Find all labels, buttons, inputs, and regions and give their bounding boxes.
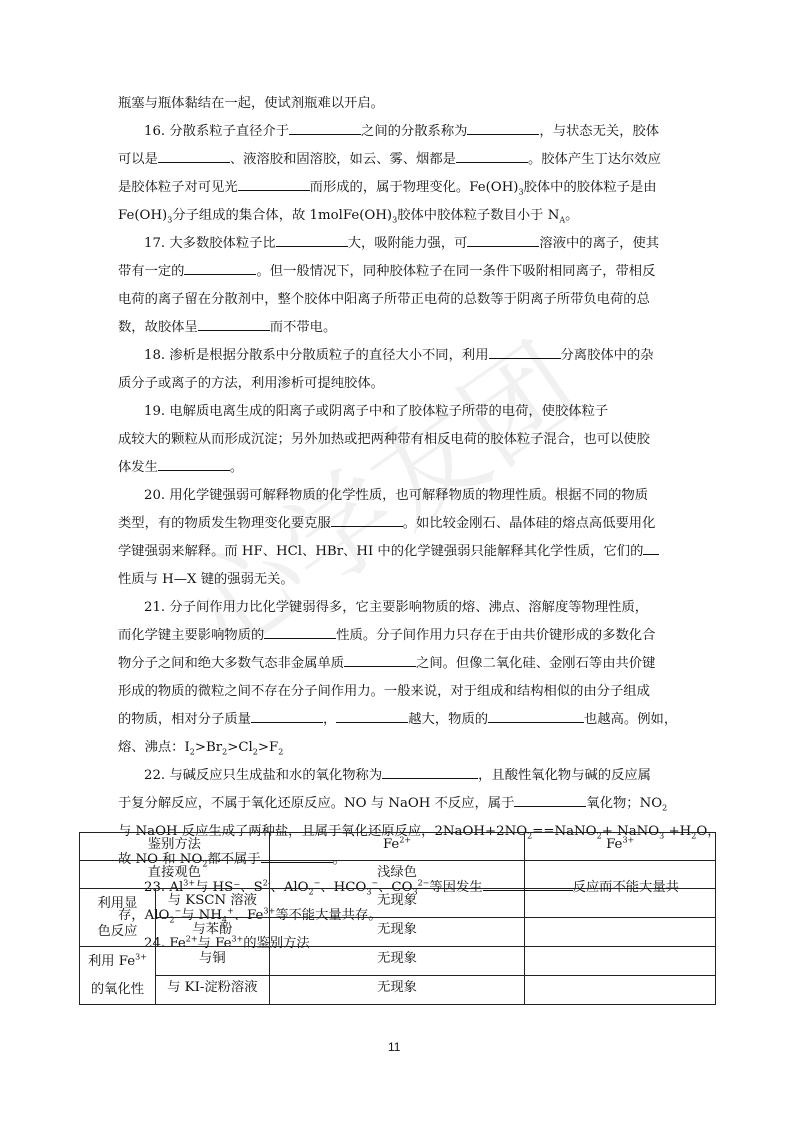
- table-row: 直接观色 浅绿色: [80, 861, 716, 889]
- table-row: 利用显色反应 与 KSCN 溶液 无现象: [80, 889, 716, 918]
- q21-line-3: 物分子之间和绝大多数气态非金属单质之间。但像二氧化硅、金刚石等由共价键: [118, 650, 655, 678]
- cell-method: 与苯酚: [155, 918, 269, 947]
- text: 胶体中胶体粒子数目小于 N: [397, 208, 559, 223]
- q17-line-2: 带有一定的。但一般情况下，同种胶体粒子在同一条件下吸附相同离子，带相反: [118, 258, 655, 286]
- q19-line-2: 成较大的颗粒从而形成沉淀；另外加热或把两种带有相反电荷的胶体粒子混合，也可以使胶: [118, 426, 650, 454]
- text: 17. 大多数胶体粒子比: [144, 236, 276, 251]
- cell-fe3: [525, 918, 716, 947]
- fe-identification-table: 鉴别方法 Fe2+ Fe3+ 直接观色 浅绿色 利用显色反应 与 KSCN 溶液…: [79, 832, 716, 1005]
- answer-blank: [382, 764, 478, 779]
- q21-line-6: 熔、沸点：I2>Br2>Cl2>F2: [118, 734, 283, 762]
- text: 之间的分散系称为: [361, 124, 467, 139]
- text: ，且酸性氧化物与碱的反应属: [478, 768, 651, 783]
- cell-fe2: 浅绿色: [269, 861, 525, 889]
- answer-blank: [289, 120, 361, 135]
- page-number: 11: [388, 1040, 400, 1054]
- text: 。如比较金刚石、晶体硅的熔点高低要用化: [403, 516, 656, 531]
- answer-blank: [336, 708, 408, 723]
- text: 18. 渗析是根据分散系中分散质粒子的直径大小不同，利用: [144, 348, 489, 363]
- text: 是胶体粒子对可见光: [118, 180, 238, 195]
- text: 于复分解反应，不属于氧化还原反应。NO 与 NaOH 不反应，属于: [118, 796, 514, 811]
- q17-line-3: 电荷的离子留在分散剂中，整个胶体中阳离子所带正电荷的总数等于阴离子所带负电荷的总: [118, 286, 650, 314]
- table-row: 与苯酚 无现象: [80, 918, 716, 947]
- cell-fe2: 无现象: [269, 947, 525, 976]
- text: 而不带电。: [270, 320, 336, 335]
- q21-line-4: 形成的物质的微粒之间不存在分子间作用力。一般来说，对于组成和结构相似的由分子组成: [118, 678, 650, 706]
- q20-line-4: 性质与 H—X 键的强弱无关。: [118, 566, 294, 594]
- text: >F: [258, 740, 278, 755]
- text: 大，吸附能力强，可: [348, 236, 468, 251]
- answer-blank: [158, 456, 230, 471]
- answer-blank: [467, 232, 539, 247]
- cell-method: 与 KI-淀粉溶液: [155, 976, 269, 1005]
- text: 数，故胶体呈: [118, 320, 198, 335]
- answer-blank: [456, 148, 528, 163]
- header-fe2: Fe2+: [269, 833, 525, 861]
- text: 而形成的，属于物理变化。Fe(OH): [310, 180, 519, 195]
- q20-line-3: 学键强弱来解释。而 HF、HCl、HBr、HI 中的化学键强弱只能解释其化学性质…: [118, 538, 659, 566]
- text: 胶体中的胶体粒子是由: [524, 180, 657, 195]
- q22-line-2: 于复分解反应，不属于氧化还原反应。NO 与 NaOH 不反应，属于氧化物；NO2: [118, 790, 667, 818]
- text: 也越高。例如，: [584, 712, 677, 727]
- table-row: 利用 Fe3+的氧化性 与铜 无现象: [80, 947, 716, 976]
- cell-fe3: [525, 947, 716, 976]
- subscript: 2: [662, 804, 667, 813]
- q22-line-1: 22. 与碱反应只生成盐和水的氧化物称为，且酸性氧化物与碱的反应属: [118, 762, 651, 790]
- answer-blank: [331, 512, 403, 527]
- answer-blank: [643, 540, 659, 555]
- table-row: 与 KI-淀粉溶液 无现象: [80, 976, 716, 1005]
- text: 。胶体产生丁达尔效应: [528, 152, 661, 167]
- text: ，与状态无关，胶体: [539, 124, 659, 139]
- q16-line-1: 16. 分散系粒子直径介于之间的分散系称为，与状态无关，胶体: [118, 118, 659, 146]
- text: 可以是: [118, 152, 158, 167]
- text: 分离胶体中的杂: [561, 348, 654, 363]
- text: 体发生: [118, 460, 158, 475]
- text: >Br: [195, 740, 222, 755]
- q16-line-4: Fe(OH)3分子组成的集合体，故 1molFe(OH)3胶体中胶体粒子数目小于…: [118, 202, 578, 230]
- header-method: 鉴别方法: [80, 833, 270, 861]
- answer-blank: [251, 708, 323, 723]
- q20-line-2: 类型，有的物质发生物理变化要克服。如比较金刚石、晶体硅的熔点高低要用化: [118, 510, 655, 538]
- cell-method: 与铜: [155, 947, 269, 976]
- cell-fe3: [525, 976, 716, 1005]
- table-header-row: 鉴别方法 Fe2+ Fe3+: [80, 833, 716, 861]
- text: >Cl: [227, 740, 253, 755]
- answer-blank: [514, 792, 586, 807]
- cell-method: 与 KSCN 溶液: [155, 889, 269, 918]
- text: 。: [230, 460, 243, 475]
- cell-group-oxidizing: 利用 Fe3+的氧化性: [80, 947, 156, 1005]
- text: 分子组成的集合体，故 1molFe(OH): [172, 208, 392, 223]
- answer-blank: [489, 344, 561, 359]
- q18-line-1: 18. 渗析是根据分散系中分散质粒子的直径大小不同，利用分离胶体中的杂: [118, 342, 654, 370]
- text: 类型，有的物质发生物理变化要克服: [118, 516, 331, 531]
- text: 学键强弱来解释。而 HF、HCl、HBr、HI 中的化学键强弱只能解释其化学性质…: [118, 544, 643, 559]
- q16-line-3: 是胶体粒子对可见光而形成的，属于物理变化。Fe(OH)3胶体中的胶体粒子是由: [118, 174, 657, 202]
- continuation-line: 瓶塞与瓶体黏结在一起，使试剂瓶难以开启。: [118, 90, 384, 118]
- q21-line-5: 的物质，相对分子质量，越大，物质的也越高。例如，: [118, 706, 677, 734]
- q19-line-3: 体发生。: [118, 454, 243, 482]
- document-page: 心学友团 瓶塞与瓶体黏结在一起，使试剂瓶难以开启。 16. 分散系粒子直径介于之…: [0, 0, 793, 1122]
- answer-blank: [184, 260, 256, 275]
- cell-method: 直接观色: [80, 861, 270, 889]
- text: 氧化物；NO: [586, 796, 662, 811]
- q20-line-1: 20. 用化学键强弱可解释物质的化学性质，也可解释物质的物理性质。根据不同的物质: [118, 482, 648, 510]
- text: 而化学键主要影响物质的: [118, 628, 264, 643]
- text: 性质。分子间作用力只存在于由共价键形成的多数化合: [336, 628, 655, 643]
- q21-line-1: 21. 分子间作用力比化学键弱得多，它主要影响物质的熔、沸点、溶解度等物理性质，: [118, 594, 648, 622]
- cell-fe2: 无现象: [269, 889, 525, 918]
- text: 熔、沸点：I: [118, 740, 190, 755]
- answer-blank: [158, 148, 230, 163]
- q17-line-4: 数，故胶体呈而不带电。: [118, 314, 336, 342]
- text: 的物质，相对分子质量: [118, 712, 251, 727]
- cell-fe3: [525, 861, 716, 889]
- text: 、液溶胶和固溶胶，如云、雾、烟都是: [230, 152, 456, 167]
- answer-blank: [238, 176, 310, 191]
- text: 溶液中的离子，使其: [539, 236, 659, 251]
- text: 越大，物质的: [408, 712, 488, 727]
- cell-fe3: [525, 889, 716, 918]
- subscript: 2: [278, 748, 283, 757]
- answer-blank: [198, 316, 270, 331]
- q18-line-2: 质分子或离子的方法，利用渗析可提纯胶体。: [118, 370, 384, 398]
- text: ，: [323, 712, 336, 727]
- q19-line-1: 19. 电解质电离生成的阳离子或阴离子中和了胶体粒子所带的电荷，使胶体粒子: [118, 398, 608, 426]
- text: Fe(OH): [118, 208, 167, 223]
- answer-blank: [344, 652, 416, 667]
- text: 带有一定的: [118, 264, 184, 279]
- text: 之间。但像二氧化硅、金刚石等由共价键: [416, 656, 655, 671]
- answer-blank: [488, 708, 584, 723]
- text: 16. 分散系粒子直径介于: [144, 124, 289, 139]
- cell-fe2: 无现象: [269, 918, 525, 947]
- text: 物分子之间和绝大多数气态非金属单质: [118, 656, 344, 671]
- header-fe3: Fe3+: [525, 833, 716, 861]
- answer-blank: [264, 624, 336, 639]
- cell-group-color-reaction: 利用显色反应: [80, 889, 156, 947]
- answer-blank: [276, 232, 348, 247]
- q16-line-2: 可以是、液溶胶和固溶胶，如云、雾、烟都是。胶体产生丁达尔效应: [118, 146, 661, 174]
- text: 。但一般情况下，同种胶体粒子在同一条件下吸附相同离子，带相反: [256, 264, 655, 279]
- q21-line-2: 而化学键主要影响物质的性质。分子间作用力只存在于由共价键形成的多数化合: [118, 622, 655, 650]
- answer-blank: [467, 120, 539, 135]
- q17-line-1: 17. 大多数胶体粒子比大，吸附能力强，可溶液中的离子，使其: [118, 230, 659, 258]
- text: 22. 与碱反应只生成盐和水的氧化物称为: [144, 768, 382, 783]
- text: 。: [565, 208, 578, 223]
- cell-fe2: 无现象: [269, 976, 525, 1005]
